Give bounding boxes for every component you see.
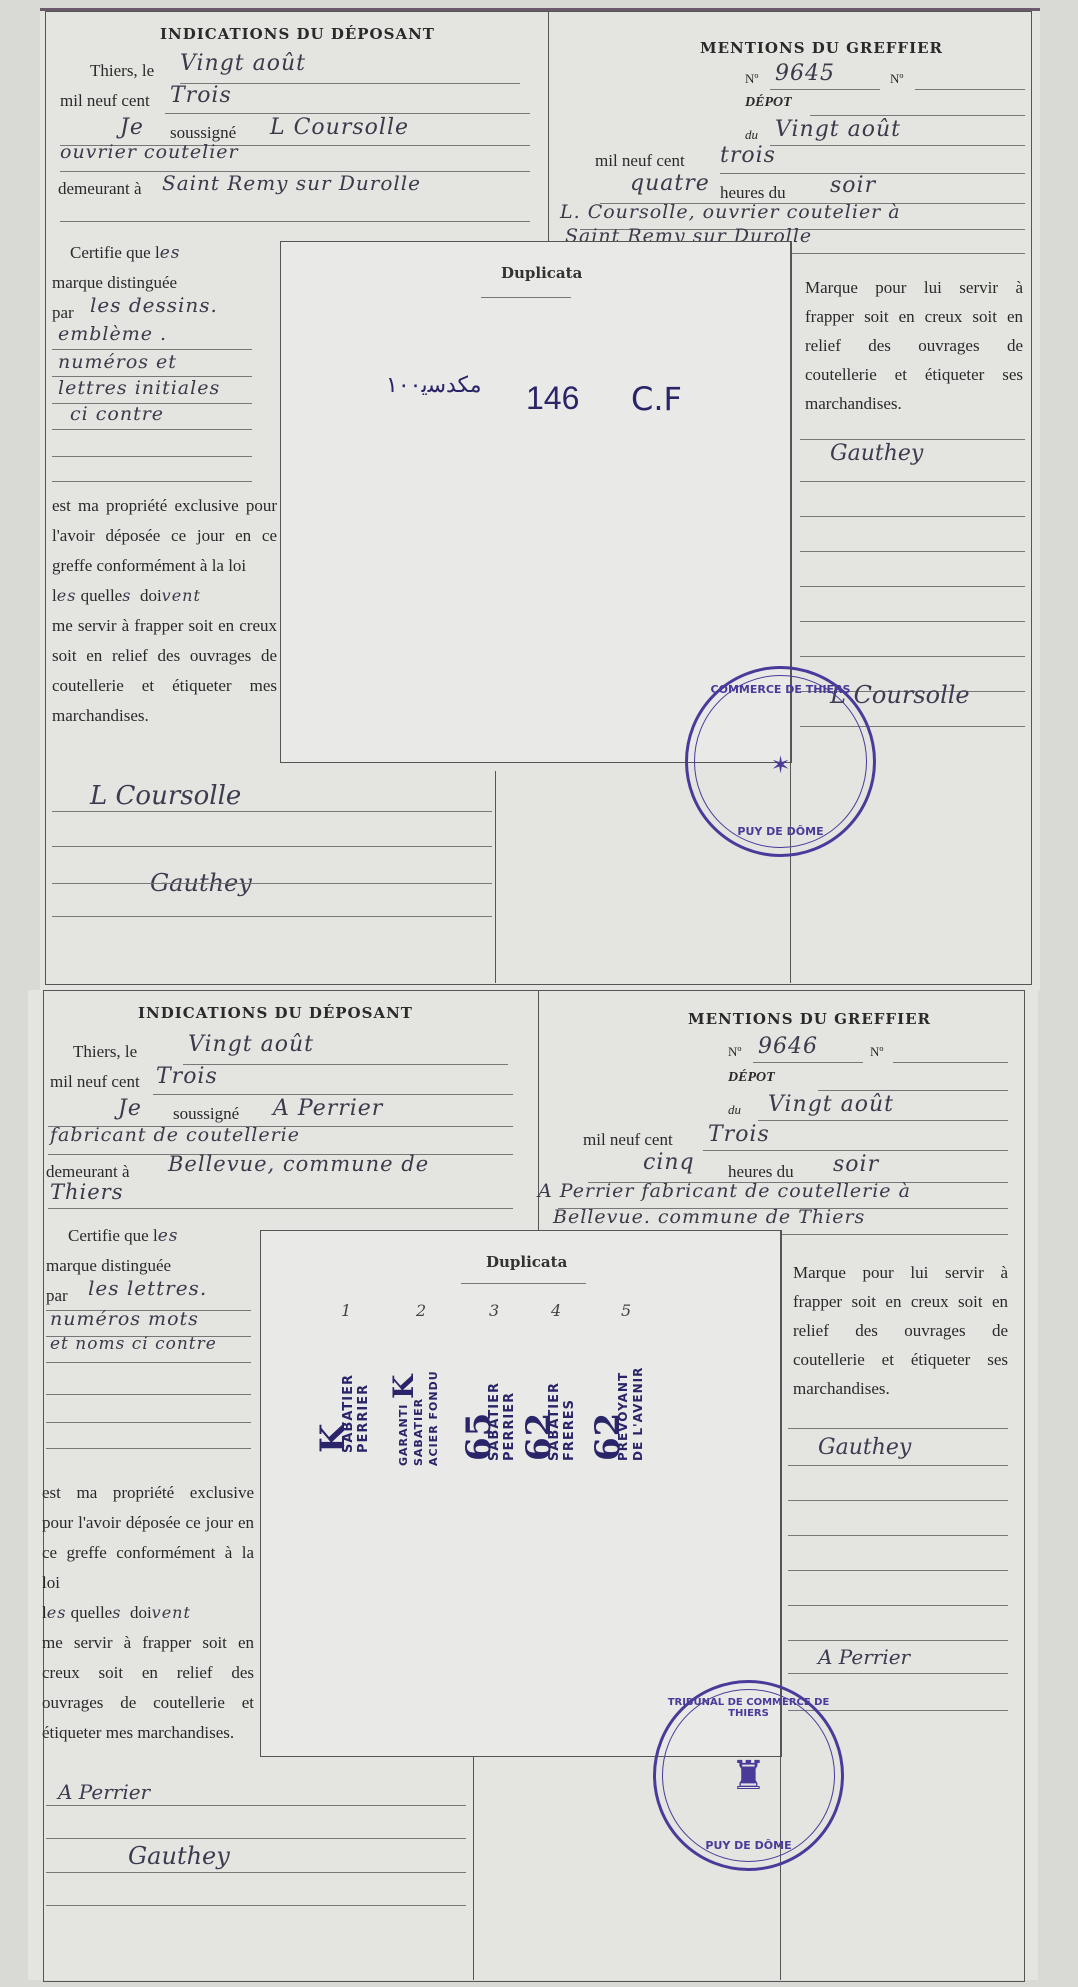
mark-62-sabatier-freres: 62 SABATIERFRERES — [531, 1326, 577, 1461]
address-handwritten: Saint Remy sur Durolle — [162, 171, 421, 195]
depositor-signature: L Coursolle — [90, 781, 241, 811]
number-label-2: Nº — [890, 71, 903, 87]
depot-date-handwritten: Vingt août — [768, 1092, 894, 1117]
par-label: par — [46, 1286, 68, 1306]
hours-label: heures du — [720, 183, 786, 203]
rule — [46, 1905, 466, 1906]
depot-label: DÉPOT — [745, 95, 792, 111]
date-handwritten: Vingt août — [180, 51, 306, 76]
property-declaration: est ma propriété exclusive pour l'avoir … — [42, 1478, 254, 1748]
hours-label: heures du — [728, 1162, 794, 1182]
depot-year-label: mil neuf cent — [583, 1130, 673, 1150]
rule — [770, 145, 1025, 146]
depositor-name-handwritten: A Perrier — [273, 1096, 383, 1121]
mark-script: ﻣﻜﺪﺳﯾ١٠٠ — [386, 372, 482, 398]
rule — [52, 811, 492, 812]
duplicata-box: Duplicata 1 K SABATIERPERRIER 2 GARANTI … — [260, 1230, 782, 1757]
description-line-4: ci contre — [70, 403, 164, 425]
number-label-2: Nº — [870, 1044, 883, 1060]
rule — [788, 1500, 1008, 1501]
depot-year-label: mil neuf cent — [595, 151, 685, 171]
depot-date-handwritten: Vingt août — [775, 117, 901, 142]
rule — [52, 916, 492, 917]
depositor-name-handwritten: L Coursolle — [270, 115, 409, 140]
greffier-header: MENTIONS DU GREFFIER — [700, 39, 943, 57]
court-seal-stamp: TRIBUNAL DE COMMERCE DE THIERS ♜ PUY DE … — [653, 1680, 844, 1871]
column-divider — [548, 11, 549, 246]
du-label: du — [745, 127, 758, 143]
number-label: Nº — [728, 1044, 741, 1060]
marque-distinguee-label: marque distinguée — [52, 273, 177, 293]
property-declaration: est ma propriété exclusive pour l'avoir … — [52, 491, 277, 731]
rule — [800, 516, 1025, 517]
rule — [46, 1872, 466, 1873]
duplicata-title: Duplicata — [486, 1253, 567, 1271]
description-line-2: et noms ci contre — [50, 1334, 217, 1354]
rule — [788, 1673, 1008, 1674]
seal-bottom-text: PUY DE DÔME — [688, 825, 873, 838]
rule — [788, 1570, 1008, 1571]
rule — [770, 89, 880, 90]
address-handwritten-2: Thiers — [50, 1180, 124, 1204]
year-handwritten: Trois — [170, 83, 232, 108]
je-handwritten: Je — [120, 115, 144, 140]
rule — [52, 349, 252, 350]
marque-distinguee-label: marque distinguée — [46, 1256, 171, 1276]
rule — [48, 1208, 513, 1209]
demeurant-label: demeurant à — [46, 1162, 130, 1182]
rule — [800, 439, 1025, 440]
par-handwritten: les dessins. — [90, 293, 218, 317]
period-handwritten: soir — [833, 1152, 879, 1177]
description-line-1: numéros mots — [50, 1308, 199, 1330]
description-line-3: lettres initiales — [58, 377, 220, 399]
greffier-header: MENTIONS DU GREFFIER — [688, 1010, 931, 1028]
rule — [758, 1120, 1008, 1121]
date-handwritten: Vingt août — [188, 1032, 314, 1057]
rule — [800, 656, 1025, 657]
address-handwritten: Bellevue, commune de — [168, 1152, 429, 1176]
certifie-label: Certifie que les — [70, 243, 181, 263]
rule — [810, 115, 1025, 116]
marque-usage-text: Marque pour lui servir à frapper soit en… — [805, 273, 1023, 418]
rule — [800, 586, 1025, 587]
rule — [46, 1362, 251, 1363]
seal-top-text: COMMERCE DE THIERS — [688, 683, 873, 696]
greffier-clerk-signature: Gauthey — [830, 441, 923, 466]
rule — [46, 1448, 251, 1449]
form-sheet-bottom: INDICATIONS DU DÉPOSANT Thiers, le Vingt… — [28, 990, 1038, 1980]
depot-label: DÉPOT — [728, 1070, 775, 1086]
depot-year-handwritten: trois — [720, 143, 776, 168]
column-divider — [780, 1230, 781, 1980]
column-divider — [495, 771, 496, 983]
mark-index-2: 2 — [416, 1301, 426, 1320]
year-label: mil neuf cent — [60, 91, 150, 111]
demeurant-label: demeurant à — [58, 179, 142, 199]
mark-index-3: 3 — [489, 1301, 499, 1320]
rule — [52, 481, 252, 482]
rule — [481, 297, 571, 298]
deposant-header: INDICATIONS DU DÉPOSANT — [160, 25, 435, 43]
rule — [788, 1465, 1008, 1466]
description-line-2: numéros et — [58, 351, 177, 373]
rule — [753, 1062, 863, 1063]
greffier-depositor-line1: L. Coursolle, ouvrier coutelier à — [560, 201, 901, 223]
certifie-label: Certifie que les — [68, 1226, 179, 1246]
mark-index-1: 1 — [341, 1301, 351, 1320]
rule — [800, 551, 1025, 552]
mark-65-sabatier-perrier: 65 SABATIERPERRIER — [471, 1326, 517, 1461]
mark-146: 146 — [526, 380, 579, 417]
mark-index-4: 4 — [551, 1301, 561, 1320]
profession-handwritten: ouvrier coutelier — [60, 141, 239, 163]
je-handwritten: Je — [118, 1096, 142, 1121]
rule — [46, 1805, 466, 1806]
rule — [60, 221, 530, 222]
rule — [183, 1064, 508, 1065]
rule — [893, 1062, 1008, 1063]
mark-62-prevoyant-avenir: 62 PREVOYANTDE L'AVENIR — [601, 1326, 646, 1461]
soussigne-label: soussigné — [173, 1104, 239, 1124]
rule — [788, 1640, 1008, 1641]
year-handwritten: Trois — [156, 1064, 218, 1089]
rule — [703, 1150, 1008, 1151]
profession-handwritten: fabricant de coutellerie — [50, 1124, 300, 1146]
rule — [52, 456, 252, 457]
rule — [165, 113, 530, 114]
du-label: du — [728, 1102, 741, 1118]
star-icon: ✶ — [688, 751, 873, 779]
registry-number-handwritten: 9646 — [758, 1034, 818, 1059]
mark-index-5: 5 — [621, 1301, 631, 1320]
rule — [153, 1094, 513, 1095]
seal-top-text: TRIBUNAL DE COMMERCE DE THIERS — [656, 1697, 841, 1719]
soussigne-label: soussigné — [170, 123, 236, 143]
place-label: Thiers, le — [90, 61, 154, 81]
column-divider — [790, 241, 791, 983]
depositor-signature: A Perrier — [58, 1780, 150, 1804]
place-label: Thiers, le — [73, 1042, 137, 1062]
rule — [788, 1605, 1008, 1606]
depot-hour-handwritten: cinq — [643, 1150, 695, 1175]
year-label: mil neuf cent — [50, 1072, 140, 1092]
rule — [52, 429, 252, 430]
par-handwritten: les lettres. — [88, 1276, 207, 1300]
greffier-depositor-line2: Bellevue. commune de Thiers — [553, 1206, 865, 1228]
rule — [818, 1090, 1008, 1091]
rule — [52, 846, 492, 847]
mark-cf: C.F — [631, 380, 682, 418]
depot-year-handwritten: Trois — [708, 1122, 770, 1147]
mark-k-sabatier-perrier: K SABATIERPERRIER — [325, 1333, 371, 1453]
rule — [46, 1422, 251, 1423]
seal-bottom-text: PUY DE DÔME — [656, 1839, 841, 1852]
greffier-depositor-signature: A Perrier — [818, 1645, 910, 1669]
depot-hour-handwritten: quatre — [630, 171, 710, 196]
court-seal-stamp: COMMERCE DE THIERS ✶ PUY DE DÔME — [685, 666, 876, 857]
marque-usage-text: Marque pour lui servir à frapper soit en… — [793, 1258, 1008, 1403]
number-label: Nº — [745, 71, 758, 87]
greffier-clerk-signature: Gauthey — [818, 1435, 911, 1460]
rule — [788, 1428, 1008, 1429]
rule — [46, 1394, 251, 1395]
description-line-1: emblème . — [58, 323, 167, 345]
rule — [461, 1283, 586, 1284]
form-sheet-top: INDICATIONS DU DÉPOSANT Thiers, le Vingt… — [40, 8, 1040, 991]
column-divider — [473, 1755, 474, 1980]
greffier-depositor-line1: A Perrier fabricant de coutellerie à — [538, 1180, 911, 1202]
period-handwritten: soir — [830, 173, 876, 198]
duplicata-title: Duplicata — [501, 264, 582, 282]
rule — [46, 1838, 466, 1839]
rule — [800, 621, 1025, 622]
mark-k-sabatier-acier-fondu: GARANTI K SABATIERACIER FONDU — [396, 1326, 441, 1466]
par-label: par — [52, 303, 74, 323]
rule — [52, 883, 492, 884]
rule — [915, 89, 1025, 90]
clerk-signature: Gauthey — [128, 1842, 230, 1870]
registry-number-handwritten: 9645 — [775, 61, 835, 86]
rule — [800, 481, 1025, 482]
rule — [788, 1535, 1008, 1536]
deposant-header: INDICATIONS DU DÉPOSANT — [138, 1004, 413, 1022]
tower-icon: ♜ — [656, 1753, 841, 1799]
